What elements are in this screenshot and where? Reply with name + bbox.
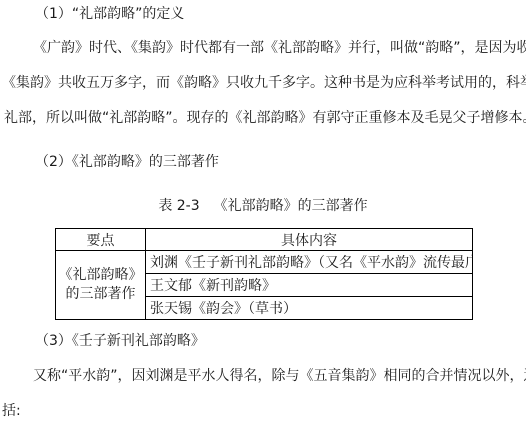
row-group-label-line-1: 《礼部韵略》 (58, 266, 143, 285)
paragraph-1-line-1: 《广韵》时代、《集韵》时代都有一部《礼部韵略》并行，叫做“韵略”，是因为收字少； (33, 40, 526, 56)
table-header-content: 具体内容 (146, 229, 473, 251)
table-header-key: 要点 (56, 229, 146, 251)
table-caption-label: 表 2-3 (158, 195, 199, 215)
table-row: 《礼部韵略》 的三部著作 刘渊《壬子新刊礼部韵略》（又名《平水韵》流传最广） (56, 251, 473, 274)
table-caption: 表 2-3《礼部韵略》的三部著作 (0, 195, 526, 215)
row-group-label-line-2: 的三部著作 (58, 285, 143, 304)
document-page: { "page": { "background": "#ffffff", "te… (0, 0, 526, 428)
paragraph-1-line-2: 《集韵》共收五万多字，而《韵略》只收九千多字。这种书是为应科举考试用的，科举属于 (2, 75, 526, 91)
table-cell-work-3: 张天锡《韵会》（草书） (146, 297, 473, 320)
section-2-heading: （2）《礼部韵略》的三部著作 (35, 154, 219, 170)
row-group-label: 《礼部韵略》 的三部著作 (56, 251, 146, 320)
paragraph-3-line-1: 又称“平水韵”，因刘渊是平水人得名，除与《五音集韵》相同的合并情况以外，还包 (33, 368, 526, 384)
section-3-heading: （3）《壬子新刊礼部韵略》 (35, 333, 205, 349)
table-header-row: 要点 具体内容 (56, 229, 473, 251)
table-caption-title: 《礼部韵略》的三部著作 (214, 198, 368, 214)
paragraph-3-line-2: 括: (2, 403, 21, 419)
works-table: 要点 具体内容 《礼部韵略》 的三部著作 刘渊《壬子新刊礼部韵略》（又名《平水韵… (55, 228, 473, 320)
table-cell-work-2: 王文郁《新刊韵略》 (146, 274, 473, 297)
table-cell-work-1: 刘渊《壬子新刊礼部韵略》（又名《平水韵》流传最广） (146, 251, 473, 274)
section-1-heading: （1）“礼部韵略”的定义 (35, 6, 184, 22)
paragraph-1-line-3: 礼部，所以叫做“礼部韵略”。现存的《礼部韵略》有郭守正重修本及毛晃父子增修本。 (4, 110, 526, 126)
